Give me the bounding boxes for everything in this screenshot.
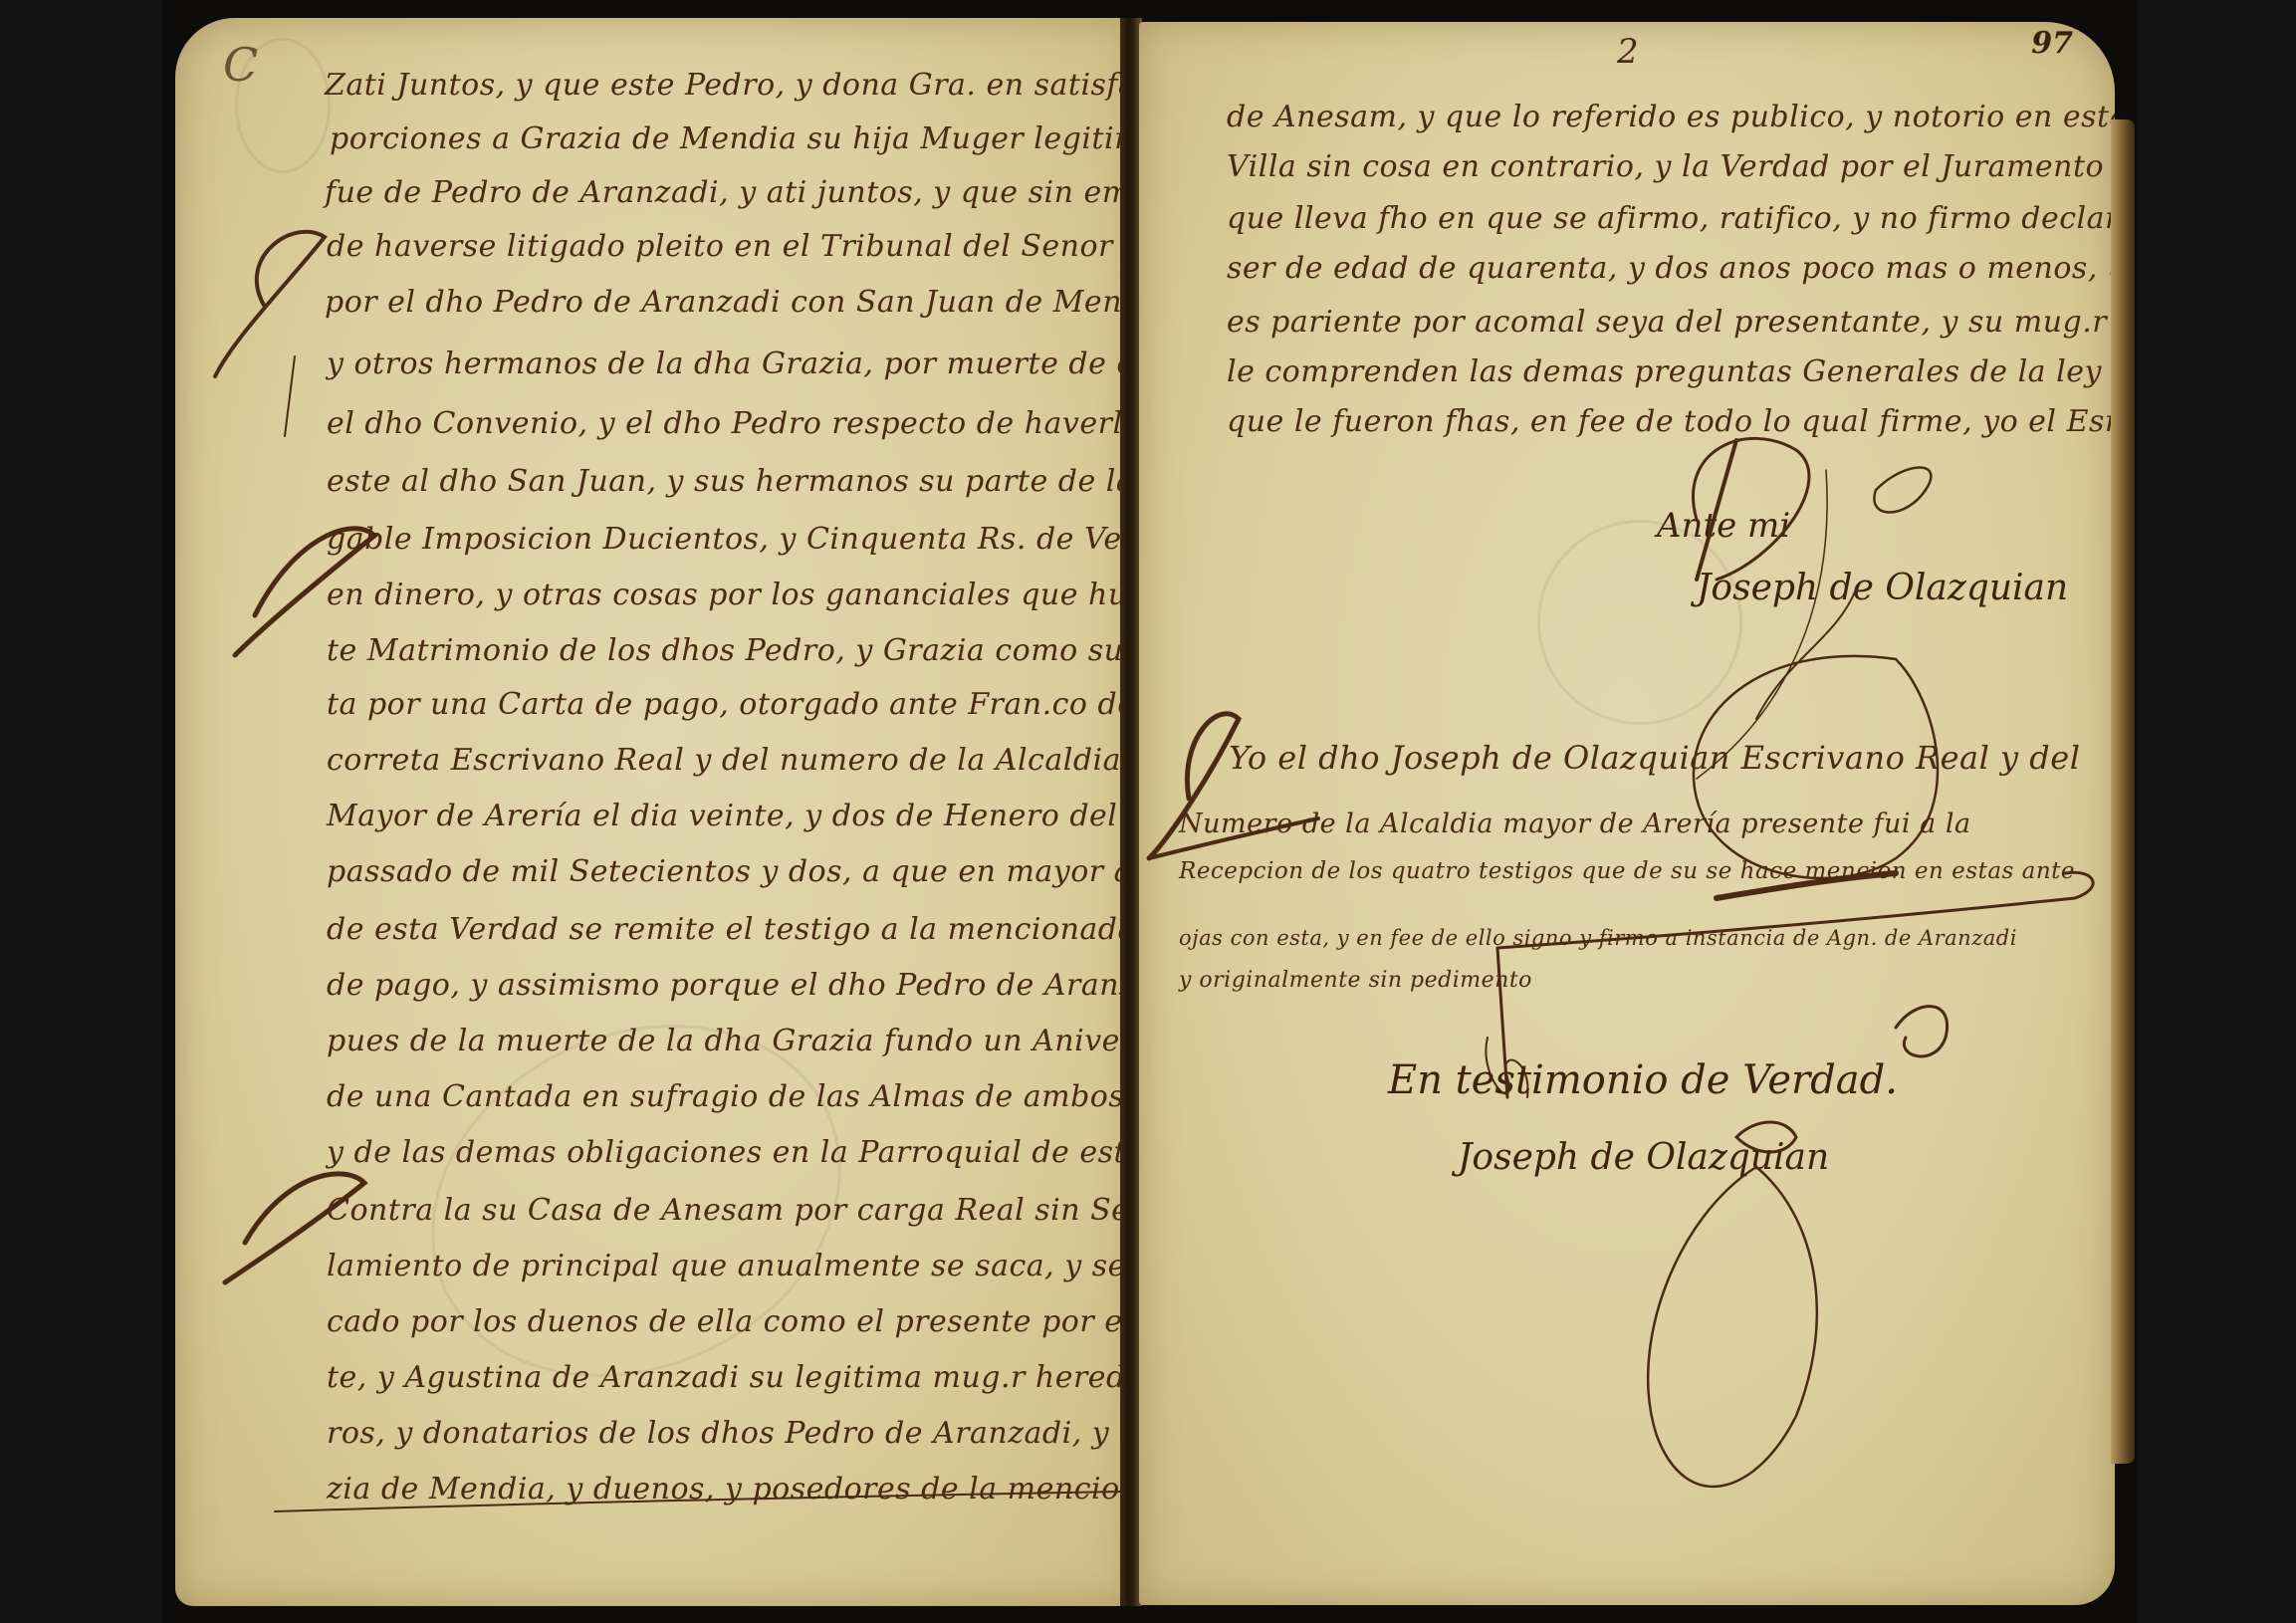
margin-flourishes [175,18,1134,1606]
right-page: 97 2 de Anesam, y que lo referido es pub… [1139,22,2115,1605]
manuscript-scan: C Zati Juntos, y que este Pedro, y dona … [161,0,2138,1623]
page-edge [2111,119,2135,1464]
left-page: C Zati Juntos, y que este Pedro, y dona … [175,18,1134,1606]
rubric-flourishes [1139,22,2115,1605]
document-viewer: C Zati Juntos, y que este Pedro, y dona … [0,0,2296,1623]
